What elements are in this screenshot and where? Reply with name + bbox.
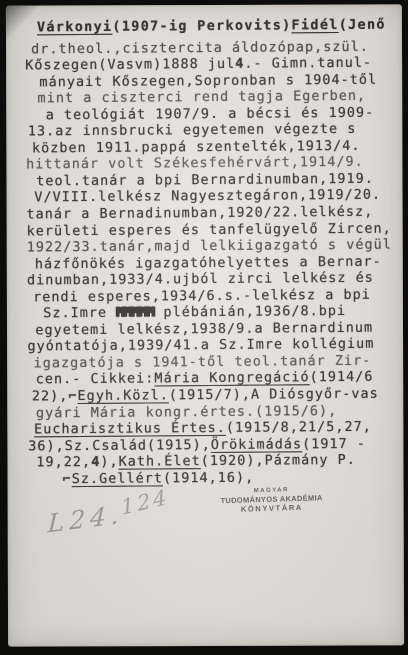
library-stamp: MAGYAR TUDOMÁNYOS AKADÉMIA KÖNYVTÁRA — [205, 486, 338, 515]
text-segment: dinumban,1933/4.ujból zirci lelkész és — [27, 270, 374, 289]
text-segment: (1915/7),A Diósgyőr-vas — [169, 386, 379, 404]
text-segment: 13.az innsbrucki egyetemen végezte s — [28, 121, 357, 140]
text-segment: (1914/6 — [310, 369, 374, 386]
text-segment: (Jenő — [339, 17, 386, 33]
typed-line: hittanár volt Székesfehérvárt,1914/9. — [26, 154, 400, 173]
text-segment: (1917 - — [302, 435, 366, 452]
text-segment: plébánián,1936/8.bpi — [154, 303, 346, 321]
underlined-term: Örökimádás — [211, 436, 302, 453]
text-segment: (1920),Pázmány P. — [201, 452, 356, 469]
text-segment: 19,22, — [36, 454, 91, 470]
text-segment: (1907-ig Perkovits) — [112, 17, 291, 34]
underlined-term: Kath.Élet — [119, 453, 201, 470]
underlined-term: Egyh.Közl. — [77, 387, 168, 404]
text-segment: hittanár volt Székesfehérvárt,1914/9. — [26, 154, 364, 173]
underlined-term: Várkonyi — [37, 19, 113, 36]
obliterated-word: MMMMM — [116, 305, 154, 321]
text-segment: (1914,16), — [163, 469, 254, 486]
text-segment: mint a ciszterci rend tagja Egerben, — [37, 88, 366, 107]
text-segment: ), — [100, 454, 118, 470]
handwritten-bracket: ⌐ — [68, 388, 77, 404]
text-segment: gyóntatója,1939/41.a Sz.Imre kollégium — [27, 336, 374, 355]
typed-line: 1922/33.tanár,majd lelkiigazgató s végül — [27, 237, 401, 256]
handwritten-bracket: ⌐ — [62, 471, 71, 487]
text-segment: (1915/8,21/5,27, — [226, 419, 372, 436]
handwritten-accession-mark: 124 — [120, 485, 171, 520]
text-segment: Sz.Imre — [43, 305, 116, 322]
text-segment: 4 — [91, 454, 100, 470]
entry-title-line: Várkonyi(1907-ig Perkovits)Fidél(Jenő — [25, 17, 399, 36]
underlined-term: Sz.Gellért — [72, 470, 163, 487]
text-segment: 22), — [32, 388, 69, 404]
text-segment: igazgatója s 1941-től teol.tanár Zir- — [34, 353, 372, 372]
text-segment: tanár a Bernadinumban,1920/22.lelkész, — [26, 204, 373, 223]
typed-line: 19,22,4),Kath.Élet(1920),Pázmány P. — [28, 452, 402, 471]
typed-text-block: Várkonyi(1907-ig Perkovits)Fidél(Jenődr.… — [25, 17, 403, 488]
photo-frame: Várkonyi(1907-ig Perkovits)Fidél(Jenődr.… — [0, 0, 408, 655]
typed-line: igazgatója s 1941-től teol.tanár Zir- — [28, 352, 402, 371]
handwritten-shelf-mark: L24. — [47, 499, 124, 538]
text-segment: dr.theol.,cisztercita áldozópap,szül. — [31, 38, 369, 57]
typed-line: gyári Mária kongr.értes.(1915/6), — [28, 402, 402, 421]
text-segment: 4 — [235, 56, 244, 72]
underlined-term: Fidél — [291, 17, 338, 33]
underlined-term: Eucharisztikus Értes. — [34, 420, 226, 438]
typed-line: mint a ciszterci rend tagja Egerben, — [25, 88, 399, 107]
text-segment: gyári Mária kongr.értes.(1915/6), — [36, 403, 337, 421]
underlined-term: Mária Kongregáció — [154, 370, 309, 387]
text-segment: V/VIII.lelkész Nagyesztegáron,1919/20. — [34, 187, 381, 206]
catalog-card: Várkonyi(1907-ig Perkovits)Fidél(Jenődr.… — [6, 4, 404, 646]
text-segment: cen.- Cikkei: — [36, 371, 155, 388]
text-segment: 36),Sz.Család(1915), — [28, 437, 211, 454]
text-segment: 1922/33.tanár,majd lelkiigazgató s végül — [27, 237, 392, 256]
typed-line: dr.theol.,cisztercita áldozópap,szül. — [25, 38, 399, 57]
text-segment: .- Gimn.tanul- — [244, 55, 372, 72]
text-segment: Kőszegen(Vasvm)1888 jul — [25, 56, 235, 74]
typed-line: ⌐Sz.Gellért(1914,16), — [28, 468, 402, 487]
